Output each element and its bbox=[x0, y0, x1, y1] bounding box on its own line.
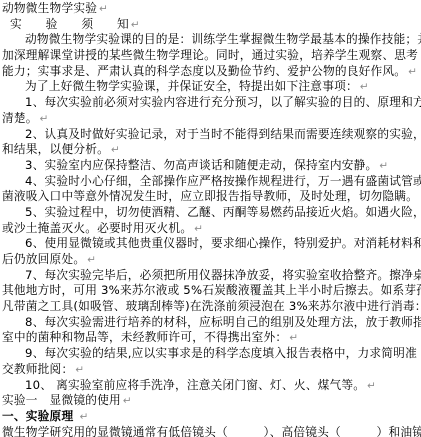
text-line-content: 1、每次实验前必须对实验内容进行充分预习，以了解实验的目的、原理和方 bbox=[25, 95, 421, 109]
paragraph-mark-icon: ↵ bbox=[408, 66, 417, 78]
text-line-content: 9、每次实验的结果,应以实事求是的科学态度填入报告表格中，力求简明准 bbox=[25, 346, 417, 360]
text-line: 菌液吸入口中等意外情况发生时，应立即报告指导教师，及时处理，切勿隐瞒。 bbox=[2, 189, 421, 205]
text-line-content: 菌液吸入口中等意外情况发生时，应立即报告指导教师，及时处理，切勿隐瞒。 bbox=[2, 189, 418, 203]
text-line-content: 能力；实事求是、严肃认真的科学态度以及勤俭节约、爱护公物的良好作风。 bbox=[2, 64, 406, 78]
text-line: 微生物学研究用的显微镜通常有低倍镜头（ ）、高倍镜头（ ）和油镜（ bbox=[2, 425, 421, 437]
document-body[interactable]: 动物微生物学实验↵实 验 须 知↵动物微生物学实验课的目的是：训练学生掌握微生物… bbox=[2, 1, 421, 437]
paragraph-mark-icon: ↵ bbox=[87, 254, 96, 266]
text-line-content: 6、使用显微镜或其他贵重仪器时，要求细心操作，特别爱护。对消耗材料和 bbox=[25, 236, 421, 250]
text-line-content: 为了上好微生物学实验课，并保证安全，特提出如下注意事项： bbox=[25, 79, 358, 93]
text-line-content: 室中的菌种和物品等，未经教师许可，不得携出室外： bbox=[2, 330, 287, 344]
paragraph-mark-icon: ↵ bbox=[379, 160, 388, 172]
text-line: 能力；实事求是、严肃认真的科学态度以及勤俭节约、爱护公物的良好作风。↵ bbox=[2, 64, 421, 80]
paragraph-mark-icon: ↵ bbox=[80, 411, 89, 423]
paragraph-mark-icon: ↵ bbox=[367, 380, 376, 392]
paragraph-mark-icon: ↵ bbox=[360, 81, 369, 93]
text-line: 后仍放回原处。↵ bbox=[2, 252, 421, 268]
text-line: 4、实验时小心仔细，全部操作应严格按操作规程进行，万一遇有盛菌试管或 bbox=[2, 174, 421, 190]
text-line: 或沙土掩盖灭火。必要时用灭火机。↵ bbox=[2, 221, 421, 237]
text-line-content: 和结果，以便分析。 bbox=[2, 142, 109, 156]
text-line: 动物微生物学实验↵ bbox=[2, 1, 421, 17]
text-line-content: 清楚。 bbox=[2, 111, 38, 125]
text-line: 清楚。↵ bbox=[2, 111, 421, 127]
text-line: 7、每次实验完毕后，必须把所用仪器抹净放妥，将实验室收拾整齐。擦净桌 bbox=[2, 268, 421, 284]
text-line-content: 5、实验过程中，切勿使酒精、乙醚、丙酮等易燃药品接近火焰。如遇火险， bbox=[25, 205, 421, 219]
text-line: 室中的菌种和物品等，未经教师许可，不得携出室外：↵ bbox=[2, 330, 421, 346]
text-line: 加深理解课堂讲授的某些微生物学理论。同时，通过实验，培养学生观察、思考 bbox=[2, 48, 421, 64]
text-line-content: 7、每次实验完毕后，必须把所用仪器抹净放妥，将实验室收拾整齐。擦净桌 bbox=[25, 268, 421, 282]
paragraph-mark-icon: ↵ bbox=[194, 223, 203, 235]
text-line-content: 凡带菌之工具(如吸管、玻璃刮棒等)在洗涤前须浸泡在 3%来苏尔液中进行消毒： bbox=[2, 299, 421, 313]
text-line-content: 2、认真及时做好实验记录，对于当时不能得到结果而需要连续观察的实验， bbox=[25, 127, 421, 141]
paragraph-mark-icon: ↵ bbox=[99, 3, 108, 15]
text-line-content: 动物微生物学实验课的目的是：训练学生掌握微生物学最基本的操作技能；并 bbox=[25, 32, 421, 46]
text-line-content: 实验一 显微镜的使用 bbox=[2, 393, 121, 407]
text-line-content: 或沙土掩盖灭火。必要时用灭火机。 bbox=[2, 221, 192, 235]
text-line: 1、每次实验前必须对实验内容进行充分预习，以了解实验的目的、原理和方 bbox=[2, 95, 421, 111]
text-line: 6、使用显微镜或其他贵重仪器时，要求细心操作，特别爱护。对消耗材料和 bbox=[2, 236, 421, 252]
text-line: 实验一 显微镜的使用↵ bbox=[2, 393, 421, 409]
text-line: 实 验 须 知↵ bbox=[2, 17, 421, 33]
paragraph-mark-icon: ↵ bbox=[131, 19, 140, 31]
text-line: 动物微生物学实验课的目的是：训练学生掌握微生物学最基本的操作技能；并 bbox=[2, 32, 421, 48]
paragraph-mark-icon: ↵ bbox=[111, 144, 120, 156]
text-line: 凡带菌之工具(如吸管、玻璃刮棒等)在洗涤前须浸泡在 3%来苏尔液中进行消毒： bbox=[2, 299, 421, 315]
text-line: 10、 离实验室前应将手洗净，注意关闭门窗、灯、火、煤气等。↵ bbox=[2, 378, 421, 394]
text-line-content: 其他地方时，可用 3%来苏尔液或 5%石炭酸液覆盖其上半小时后擦去。如系芽孢杆 bbox=[2, 283, 421, 297]
text-line: 5、实验过程中，切勿使酒精、乙醚、丙酮等易燃药品接近火焰。如遇火险， bbox=[2, 205, 421, 221]
text-line-content: 后仍放回原处。 bbox=[2, 252, 85, 266]
paragraph-mark-icon: ↵ bbox=[40, 113, 49, 125]
text-line-content: 动物微生物学实验 bbox=[2, 1, 97, 15]
text-line: 8、每次实验需进行培养的材科，应标明自己的组别及处理方法，放于教师指 bbox=[2, 315, 421, 331]
text-line-content: 一、实验原理 bbox=[2, 409, 78, 423]
text-line: 和结果，以便分析。↵ bbox=[2, 142, 421, 158]
text-line: 3、实验室内应保持整洁、勿高声谈话和随便走动，保持室内安静。↵ bbox=[2, 158, 421, 174]
text-line-content: 10、 离实验室前应将手洗净，注意关闭门窗、灯、火、煤气等。 bbox=[25, 378, 365, 392]
text-line-content: 8、每次实验需进行培养的材科，应标明自己的组别及处理方法，放于教师指 bbox=[25, 315, 421, 329]
text-line: 2、认真及时做好实验记录，对于当时不能得到结果而需要连续观察的实验， bbox=[2, 127, 421, 143]
text-line-content: 微生物学研究用的显微镜通常有低倍镜头（ ）、高倍镜头（ ）和油镜（ bbox=[2, 425, 421, 437]
paragraph-mark-icon: ↵ bbox=[123, 395, 132, 407]
text-line-content: 3、实验室内应保持整洁、勿高声谈话和随便走动，保持室内安静。 bbox=[25, 158, 377, 172]
text-line-content: 实 验 须 知 bbox=[10, 17, 129, 31]
text-line-content: 交教师批阅： bbox=[2, 362, 73, 376]
text-line-content: 加深理解课堂讲授的某些微生物学理论。同时，通过实验，培养学生观察、思考 bbox=[2, 48, 418, 62]
text-line-content: 4、实验时小心仔细，全部操作应严格按操作规程进行，万一遇有盛菌试管或 bbox=[25, 174, 421, 188]
text-line: 一、实验原理 ↵ bbox=[2, 409, 421, 425]
text-line: 9、每次实验的结果,应以实事求是的科学态度填入报告表格中，力求简明准 bbox=[2, 346, 421, 362]
text-line: 交教师批阅：↵ bbox=[2, 362, 421, 378]
text-line: 为了上好微生物学实验课，并保证安全，特提出如下注意事项：↵ bbox=[2, 79, 421, 95]
document-page: 动物微生物学实验↵实 验 须 知↵动物微生物学实验课的目的是：训练学生掌握微生物… bbox=[0, 0, 421, 437]
paragraph-mark-icon: ↵ bbox=[75, 364, 84, 376]
text-line: 其他地方时，可用 3%来苏尔液或 5%石炭酸液覆盖其上半小时后擦去。如系芽孢杆 bbox=[2, 283, 421, 299]
paragraph-mark-icon: ↵ bbox=[289, 332, 298, 344]
